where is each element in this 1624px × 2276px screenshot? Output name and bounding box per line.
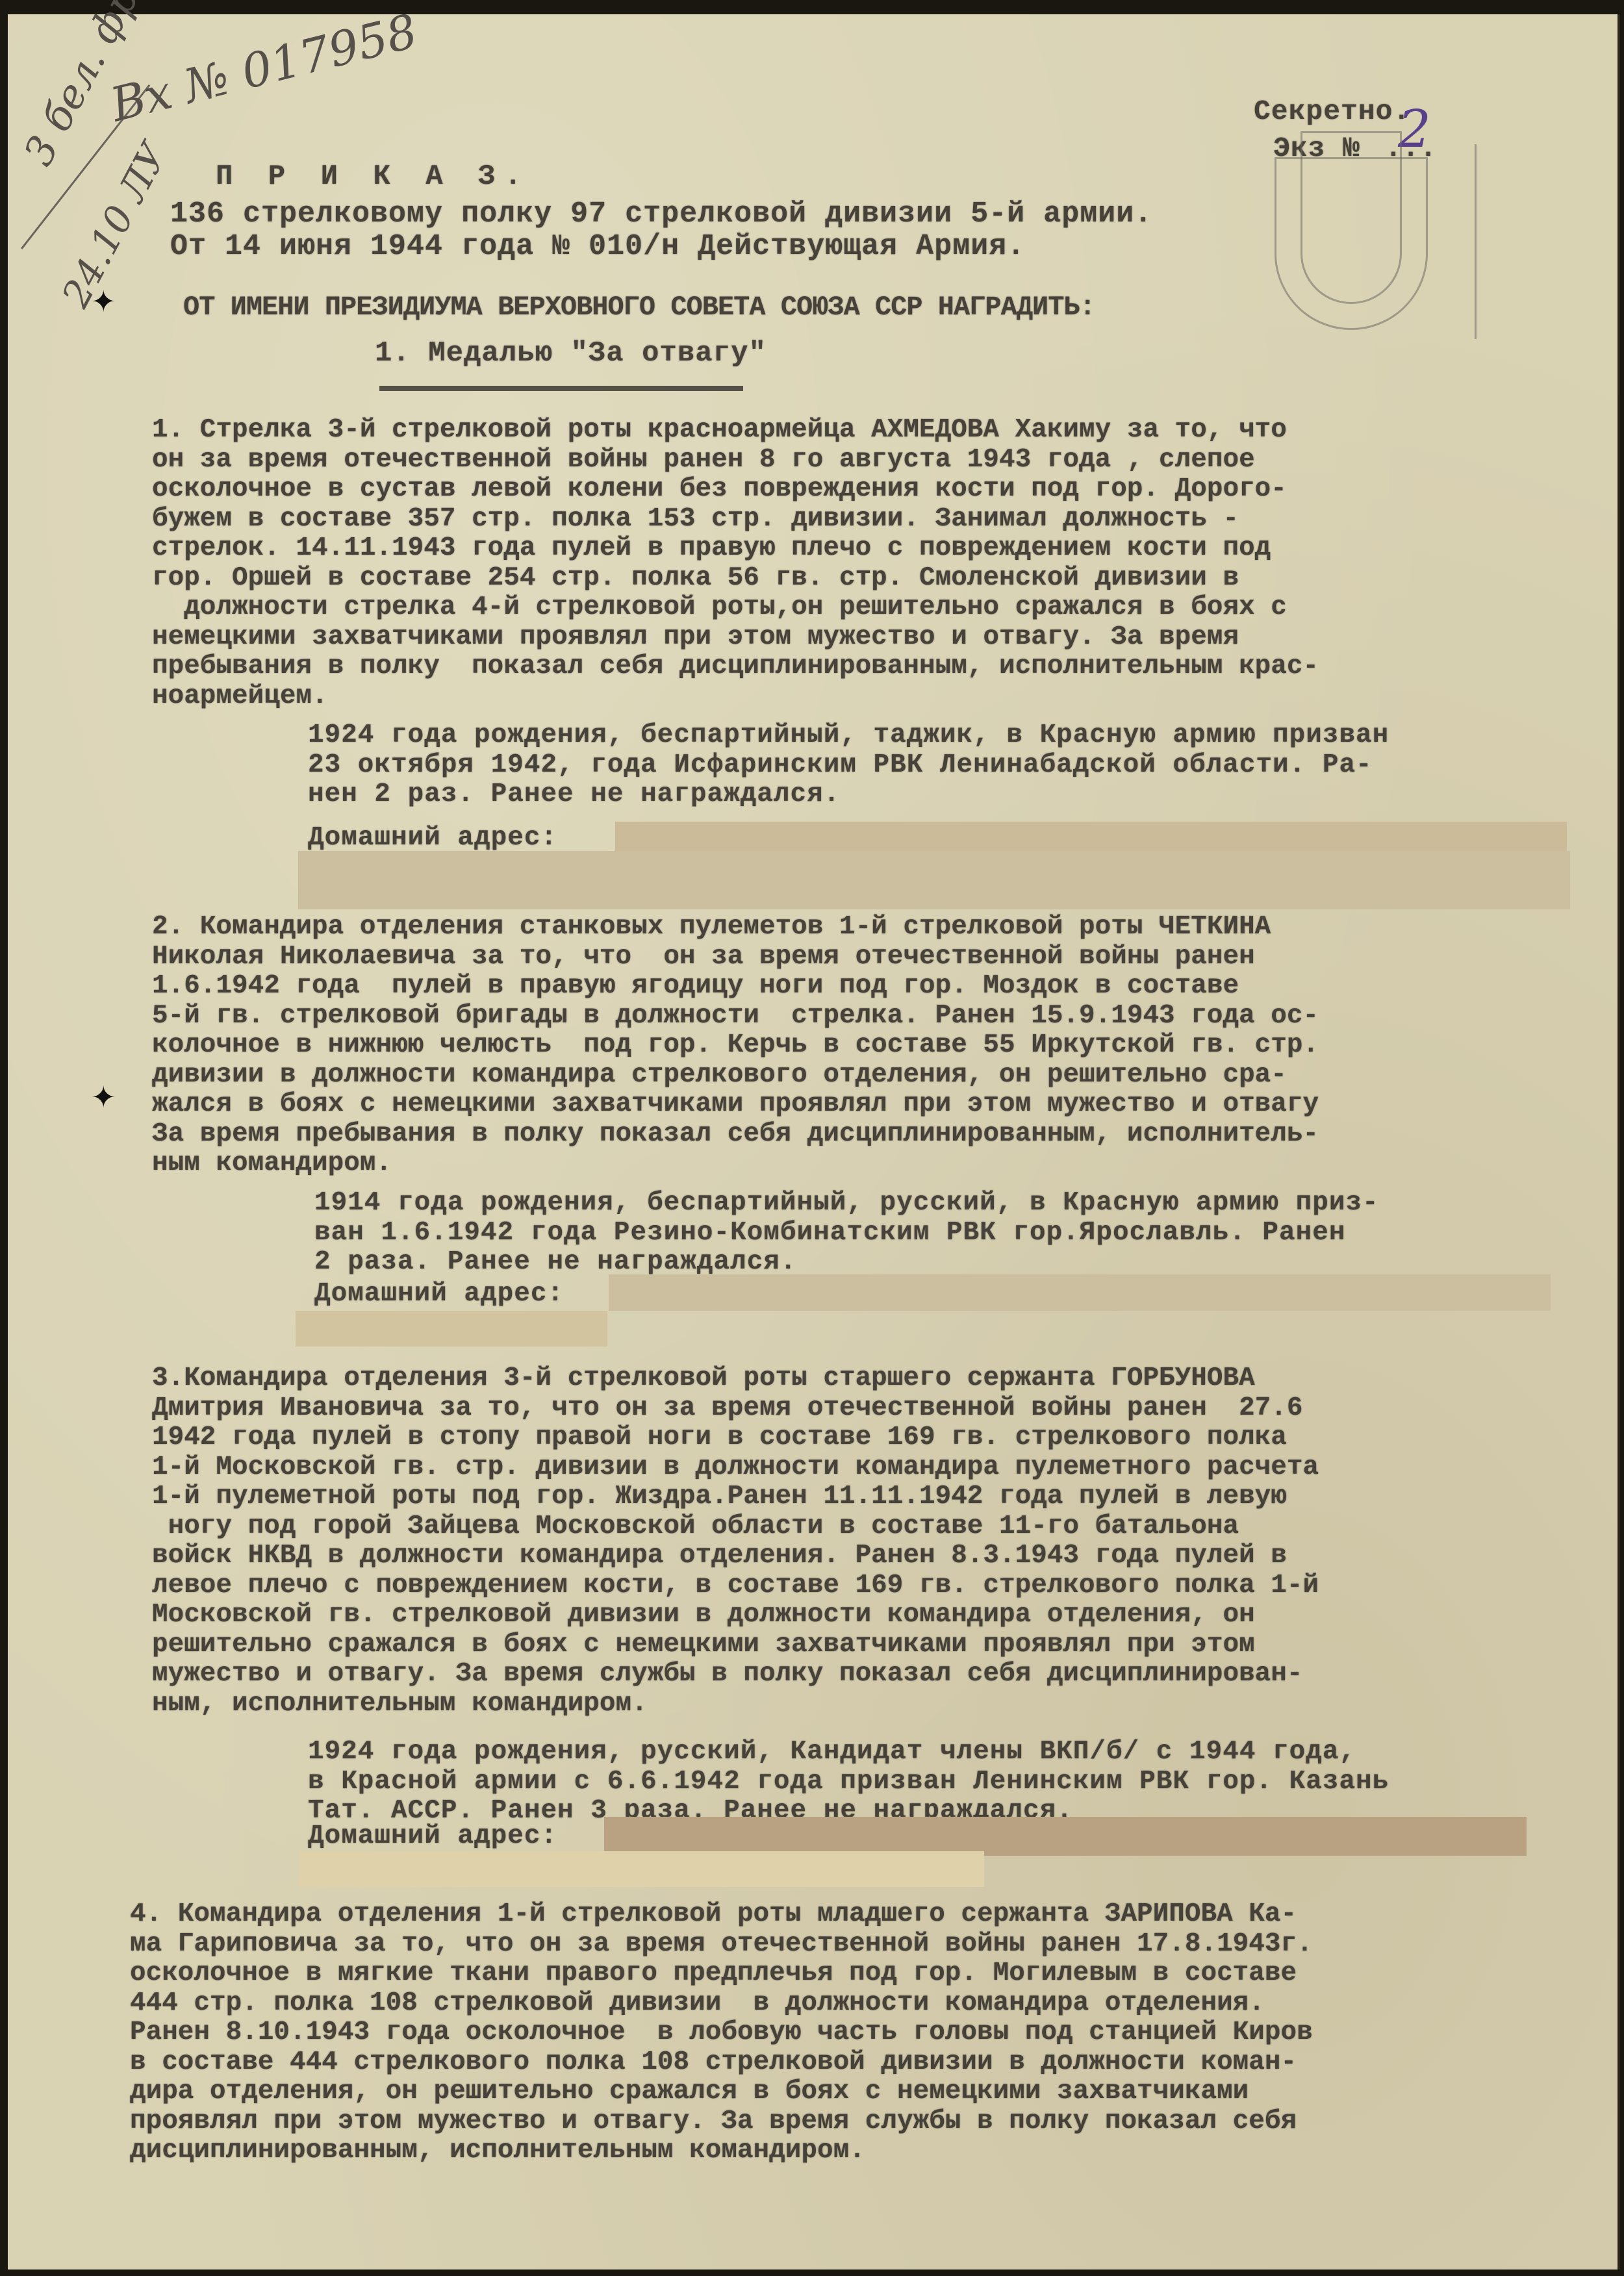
entry-1-text-line: осколочное в сустав левой колени без пов… [152, 476, 1287, 503]
entry-4-text-line: Ранен 8.10.1943 года осколочное в лобову… [130, 2019, 1313, 2046]
entry-1-text-line: он за время отечественной войны ранен 8 … [152, 447, 1255, 474]
order-unit-line: 136 стрелковому полку 97 стрелковой диви… [170, 199, 1152, 229]
entry-2-text-line: жался в боях с немецкими захватчиками пр… [152, 1091, 1319, 1118]
entry-2-text-line: колочное в нижнюю челюсть под гор. Керчь… [152, 1032, 1319, 1059]
entry-1-address-label: Домашний адрес: [308, 825, 557, 852]
order-title: П Р И К А З. [216, 162, 531, 191]
address-redaction [296, 1311, 607, 1347]
address-redaction [299, 1851, 984, 1887]
entry-3-text-line: Дмитрия Ивановича за то, что он за время… [152, 1395, 1303, 1422]
entry-2-bio-line: 1914 года рождения, беспартийный, русски… [314, 1190, 1379, 1217]
entry-3-text-line: ногу под горой Зайцева Московской област… [152, 1513, 1239, 1540]
entry-3-text-line: Московской гв. стрелковой дивизии в долж… [152, 1602, 1255, 1628]
paper-hole-mark: ✦ [91, 284, 116, 319]
order-preamble: ОТ ИМЕНИ ПРЕЗИДИУМА ВЕРХОВНОГО СОВЕТА СО… [183, 294, 1095, 321]
address-redaction [609, 1274, 1551, 1311]
entry-1-bio-line: нен 2 раз. Ранее не награждался. [308, 781, 840, 808]
heading-underline [379, 386, 743, 391]
entry-1-text-line: стрелок. 14.11.1943 года пулей в правую … [152, 535, 1271, 562]
entry-3-text-line: мужество и отвагу. За время службы в пол… [152, 1661, 1303, 1688]
entry-1-text-line: гор. Оршей в составе 254 стр. полка 56 г… [152, 565, 1239, 592]
entry-3-text-line: левое плечо с повреждением кости, в сост… [152, 1573, 1319, 1599]
pencil-signature-mark [1275, 157, 1428, 330]
handwritten-archive-number: Вх № 017958 [105, 3, 422, 132]
entry-4-text-line: дира отделения, он решительно сражался в… [130, 2079, 1249, 2105]
entry-2-text-line: Николая Николаевича за то, что он за вре… [152, 944, 1255, 970]
entry-4-text-line: осколочное в мягкие ткани правого предпл… [130, 1960, 1297, 1987]
paper-hole-mark: ✦ [91, 1080, 116, 1115]
entry-2-text-line: 2. Командира отделения станковых пулемет… [152, 914, 1271, 941]
document-page: 3 бел. фр. 24.10 ЛУ Вх № 017958 Секретно… [8, 14, 1620, 2270]
entry-3-text-line: 1-й пулеметной роты под гор. Жиздра.Ране… [152, 1484, 1287, 1510]
copy-number-handwritten: 2 [1398, 99, 1431, 159]
entry-2-text-line: 1.6.1942 года пулей в правую ягодицу ног… [152, 973, 1239, 1000]
entry-3-text-line: войск НКВД в должности командира отделен… [152, 1543, 1287, 1569]
address-redaction [615, 822, 1567, 851]
address-redaction [298, 851, 1570, 909]
entry-4-text-line: 444 стр. полка 108 стрелковой дивизии в … [130, 1990, 1265, 2017]
entry-1-text-line: 1. Стрелка 3-й стрелковой роты красноарм… [152, 417, 1287, 444]
entry-4-text-line: ма Гариповича за то, что он за время оте… [130, 1931, 1313, 1958]
entry-3-bio-line: 1924 года рождения, русский, Кандидат чл… [308, 1739, 1356, 1765]
entry-2-address-label: Домашний адрес: [314, 1281, 564, 1308]
entry-3-text-line: решительно сражался в боях с немецкими з… [152, 1632, 1255, 1658]
entry-2-text-line: ным командиром. [152, 1150, 392, 1177]
pencil-signature-stroke [1475, 144, 1477, 339]
entry-3-text-line: 1942 года пулей в стопу правой ноги в со… [152, 1424, 1287, 1451]
address-redaction [604, 1817, 1527, 1856]
entry-2-text-line: 5-й гв. стрелковой бригады в должности с… [152, 1003, 1319, 1030]
entry-2-bio-line: ван 1.6.1942 года Резино-Комбинатским РВ… [314, 1220, 1345, 1246]
entry-1-text-line: пребывания в полку показал себя дисципли… [152, 653, 1319, 680]
award-medal-heading: 1. Медалью "За отвагу" [375, 339, 767, 368]
entry-1-bio-line: 1924 года рождения, беспартийный, таджик… [308, 722, 1389, 749]
entry-1-bio-line: 23 октября 1942, года Исфаринским РВК Ле… [308, 752, 1373, 779]
entry-4-text-line: дисциплинированным, исполнительным коман… [130, 2138, 865, 2164]
entry-2-text-line: За время пребывания в полку показал себя… [152, 1121, 1319, 1148]
entry-3-text-line: ным, исполнительным командиром. [152, 1691, 648, 1717]
entry-4-text-line: 4. Командира отделения 1-й стрелковой ро… [130, 1901, 1297, 1928]
entry-3-bio-line: в Красной армии с 6.6.1942 года призван … [308, 1769, 1389, 1795]
entry-4-text-line: в составе 444 стрелкового полка 108 стре… [130, 2049, 1297, 2076]
order-date-line: От 14 июня 1944 года № 010/н Действующая… [170, 232, 1025, 261]
entry-2-bio-line: 2 раза. Ранее не награждался. [314, 1249, 797, 1276]
entry-1-text-line: ноармейцем. [152, 683, 328, 710]
entry-3-address-label: Домашний адрес: [308, 1823, 557, 1850]
entry-2-text-line: дивизии в должности командира стрелковог… [152, 1062, 1287, 1089]
entry-4-text-line: проявлял при этом мужество и отвагу. За … [130, 2108, 1297, 2135]
entry-3-text-line: 1-й Московской гв. стр. дивизии в должно… [152, 1454, 1319, 1481]
entry-1-text-line: должности стрелка 4-й стрелковой роты,он… [152, 594, 1287, 621]
entry-1-text-line: немецкими захватчиками проявлял при этом… [152, 624, 1239, 651]
entry-1-text-line: бужем в составе 357 стр. полка 153 стр. … [152, 506, 1239, 533]
secrecy-label: Секретно. [1254, 97, 1410, 125]
entry-3-text-line: 3.Командира отделения 3-й стрелковой рот… [152, 1365, 1255, 1392]
